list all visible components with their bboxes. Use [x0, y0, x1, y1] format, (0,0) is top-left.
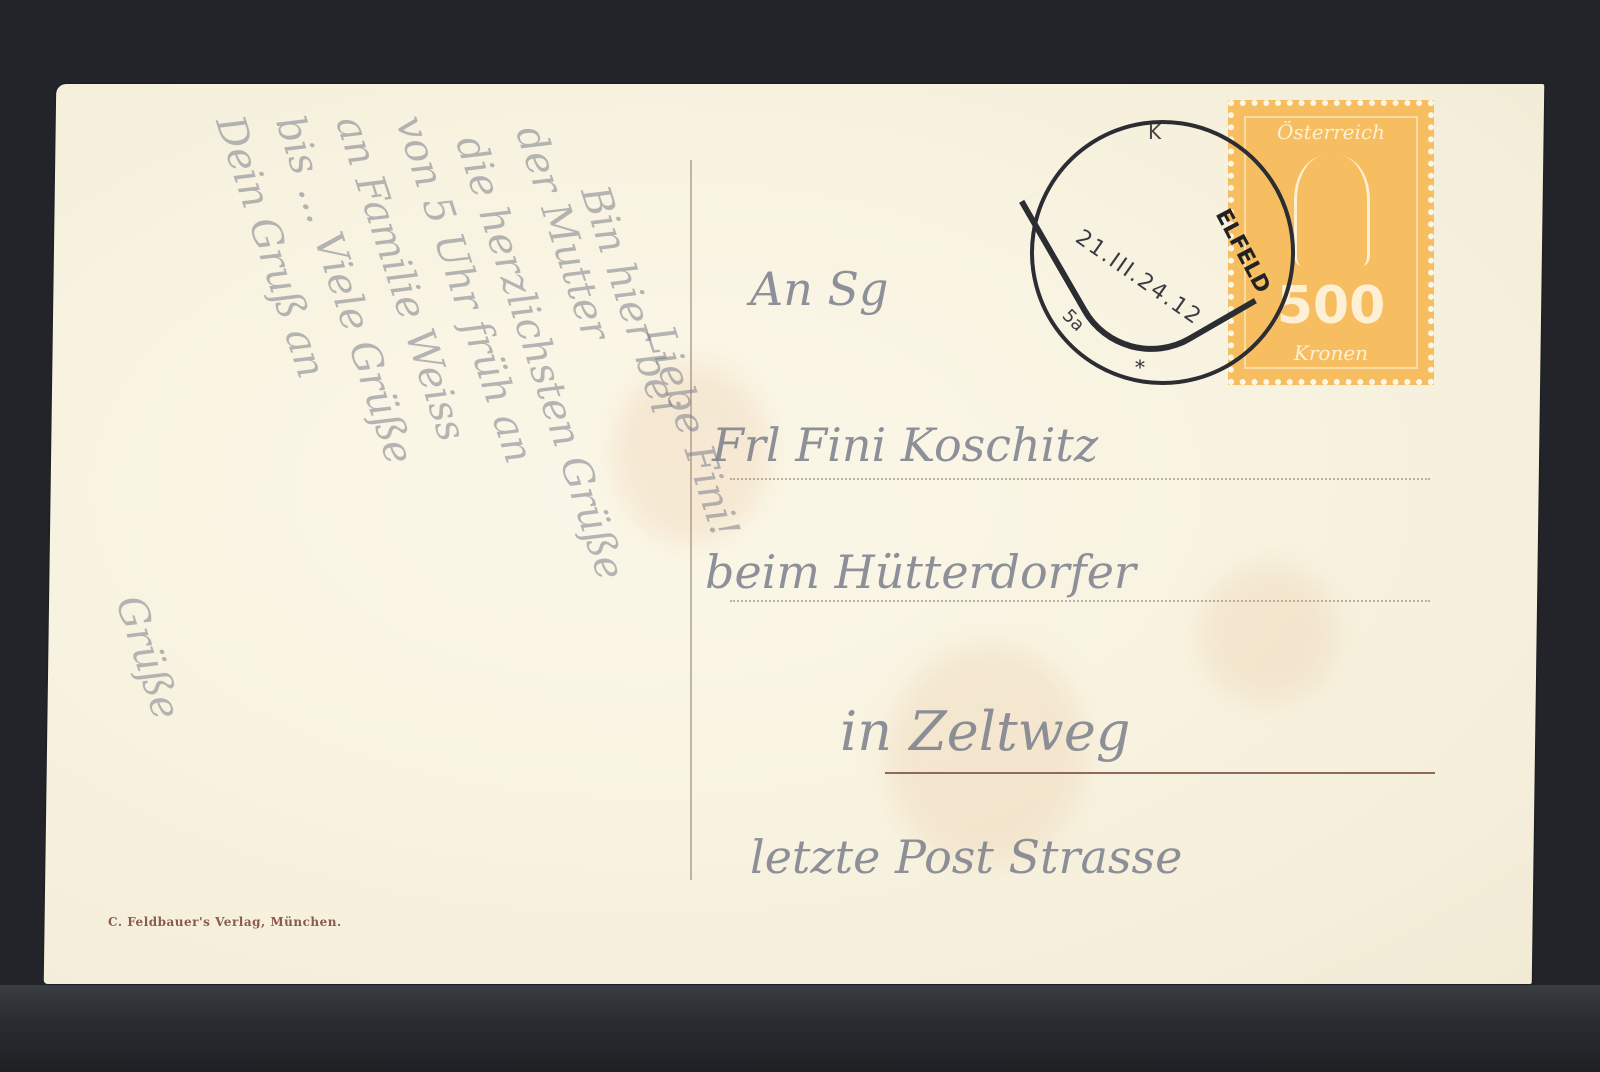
wheat-icon [1294, 156, 1370, 266]
address-line-1: An Sg [750, 262, 888, 316]
stamp-currency: Kronen [1234, 341, 1428, 365]
address-line-3: beim Hütterdorfer [705, 545, 1136, 599]
stamp-country: Österreich [1234, 120, 1428, 144]
background-surface [0, 985, 1600, 1072]
address-line-4: in Zeltweg [840, 700, 1130, 763]
divider-line [690, 160, 692, 880]
address-line [730, 478, 1430, 480]
publisher-imprint: C. Feldbauer's Verlag, München. [108, 915, 342, 929]
address-line-5: letzte Post Strasse [750, 830, 1182, 884]
stain [1198, 564, 1340, 704]
address-line [730, 600, 1430, 602]
address-line [885, 772, 1435, 774]
star-icon: * [1135, 355, 1145, 379]
address-line-2: Frl Fini Koschitz [712, 418, 1098, 472]
postmark-top: K [1148, 120, 1161, 144]
